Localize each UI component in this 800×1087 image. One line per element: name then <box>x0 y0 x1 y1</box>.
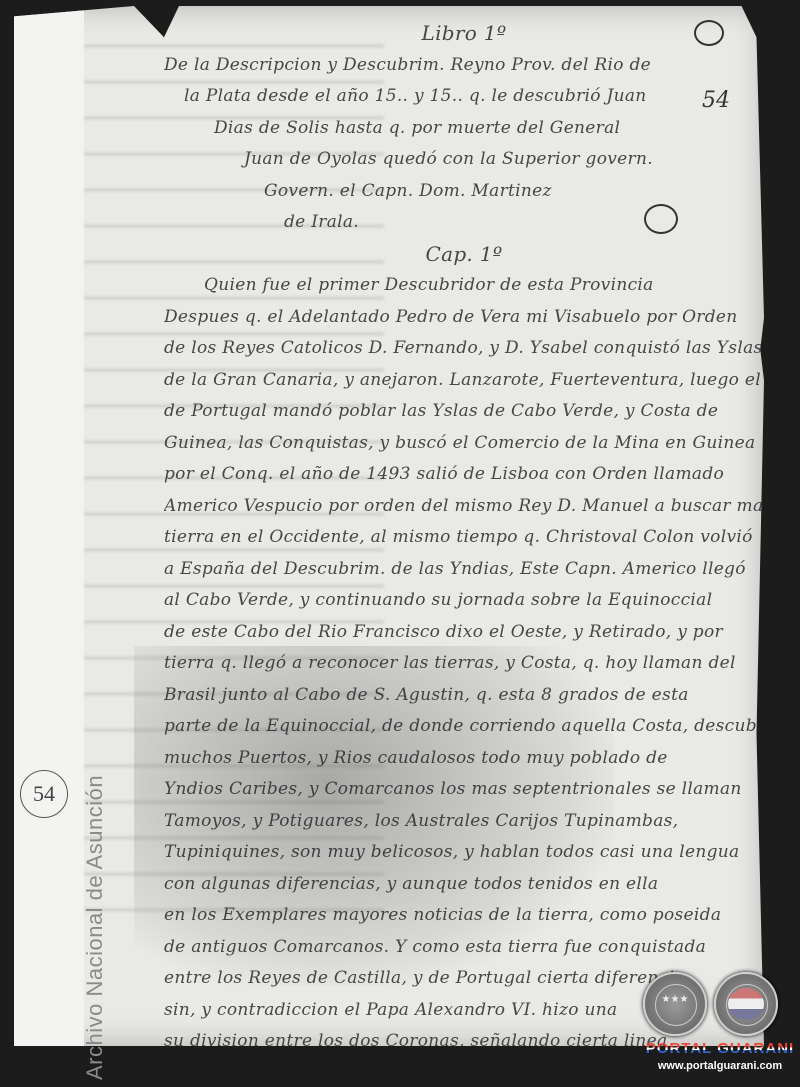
book-title: Libro 1º <box>164 18 764 50</box>
text-line: en los Exemplares mayores noticias de la… <box>164 900 764 932</box>
culture-seal-icon <box>714 972 778 1036</box>
text-line: la Plata desde el año 15.. y 15.. q. le … <box>164 81 764 113</box>
corner-page-number: 54 <box>702 88 730 113</box>
folio-stamp: 54 <box>20 770 68 818</box>
text-line: Yndios Caribes, y Comarcanos los mas sep… <box>164 774 764 806</box>
text-line: Despues q. el Adelantado Pedro de Vera m… <box>164 302 764 334</box>
archive-stamp: Archivo Nacional de Asunción <box>82 775 108 1080</box>
text-line: de la Gran Canaria, y anejaron. Lanzarot… <box>164 365 764 397</box>
text-line: tierra q. llegó a reconocer las tierras,… <box>164 648 764 680</box>
text-line: al Cabo Verde, y continuando su jornada … <box>164 585 764 617</box>
text-line: Tupiniquines, son muy belicosos, y habla… <box>164 837 764 869</box>
text-line: muchos Puertos, y Rios caudalosos todo m… <box>164 743 764 775</box>
republic-seal-icon: ★★★ <box>643 972 707 1036</box>
text-line: tierra en el Occidente, al mismo tiempo … <box>164 522 764 554</box>
text-line: Guinea, las Conquistas, y buscó el Comer… <box>164 428 764 460</box>
text-line: parte de la Equinoccial, de donde corrie… <box>164 711 764 743</box>
text-line: De la Descripcion y Descubrim. Reyno Pro… <box>164 50 764 82</box>
text-line: por el Conq. el año de 1493 salió de Lis… <box>164 459 764 491</box>
left-margin <box>14 6 84 1046</box>
brand-name: PORTAL GUARANI <box>640 1040 800 1057</box>
text-line: de este Cabo del Rio Francisco dixo el O… <box>164 617 764 649</box>
manuscript-text: Libro 1º De la Descripcion y Descubrim. … <box>164 18 764 1087</box>
text-line: Dias de Solis hasta q. por muerte del Ge… <box>164 113 764 145</box>
text-line: a España del Descubrim. de las Yndias, E… <box>164 554 764 586</box>
text-line: con algunas diferencias, y aunque todos … <box>164 869 764 901</box>
text-line: Tamoyos, y Potiguares, los Australes Car… <box>164 806 764 838</box>
text-line: de antiguos Comarcanos. Y como esta tier… <box>164 932 764 964</box>
section-heading: Quien fue el primer Descubridor de esta … <box>164 270 764 302</box>
text-line: de Irala. <box>164 207 764 239</box>
text-line: Brasil junto al Cabo de S. Agustin, q. e… <box>164 680 764 712</box>
manuscript-page: Libro 1º De la Descripcion y Descubrim. … <box>14 6 764 1046</box>
text-line: Americo Vespucio por orden del mismo Rey… <box>164 491 764 523</box>
text-line: de Portugal mandó poblar las Yslas de Ca… <box>164 396 764 428</box>
brand-url[interactable]: www.portalguarani.com <box>640 1060 800 1072</box>
chapter-heading: Cap. 1º <box>164 239 764 271</box>
portal-guarani-watermark[interactable]: ★★★ PORTAL GUARANI www.portalguarani.com <box>640 972 800 1087</box>
text-line: de los Reyes Catolicos D. Fernando, y D.… <box>164 333 764 365</box>
text-line: Juan de Oyolas quedó con la Superior gov… <box>164 144 764 176</box>
text-line: Govern. el Capn. Dom. Martinez <box>164 176 764 208</box>
